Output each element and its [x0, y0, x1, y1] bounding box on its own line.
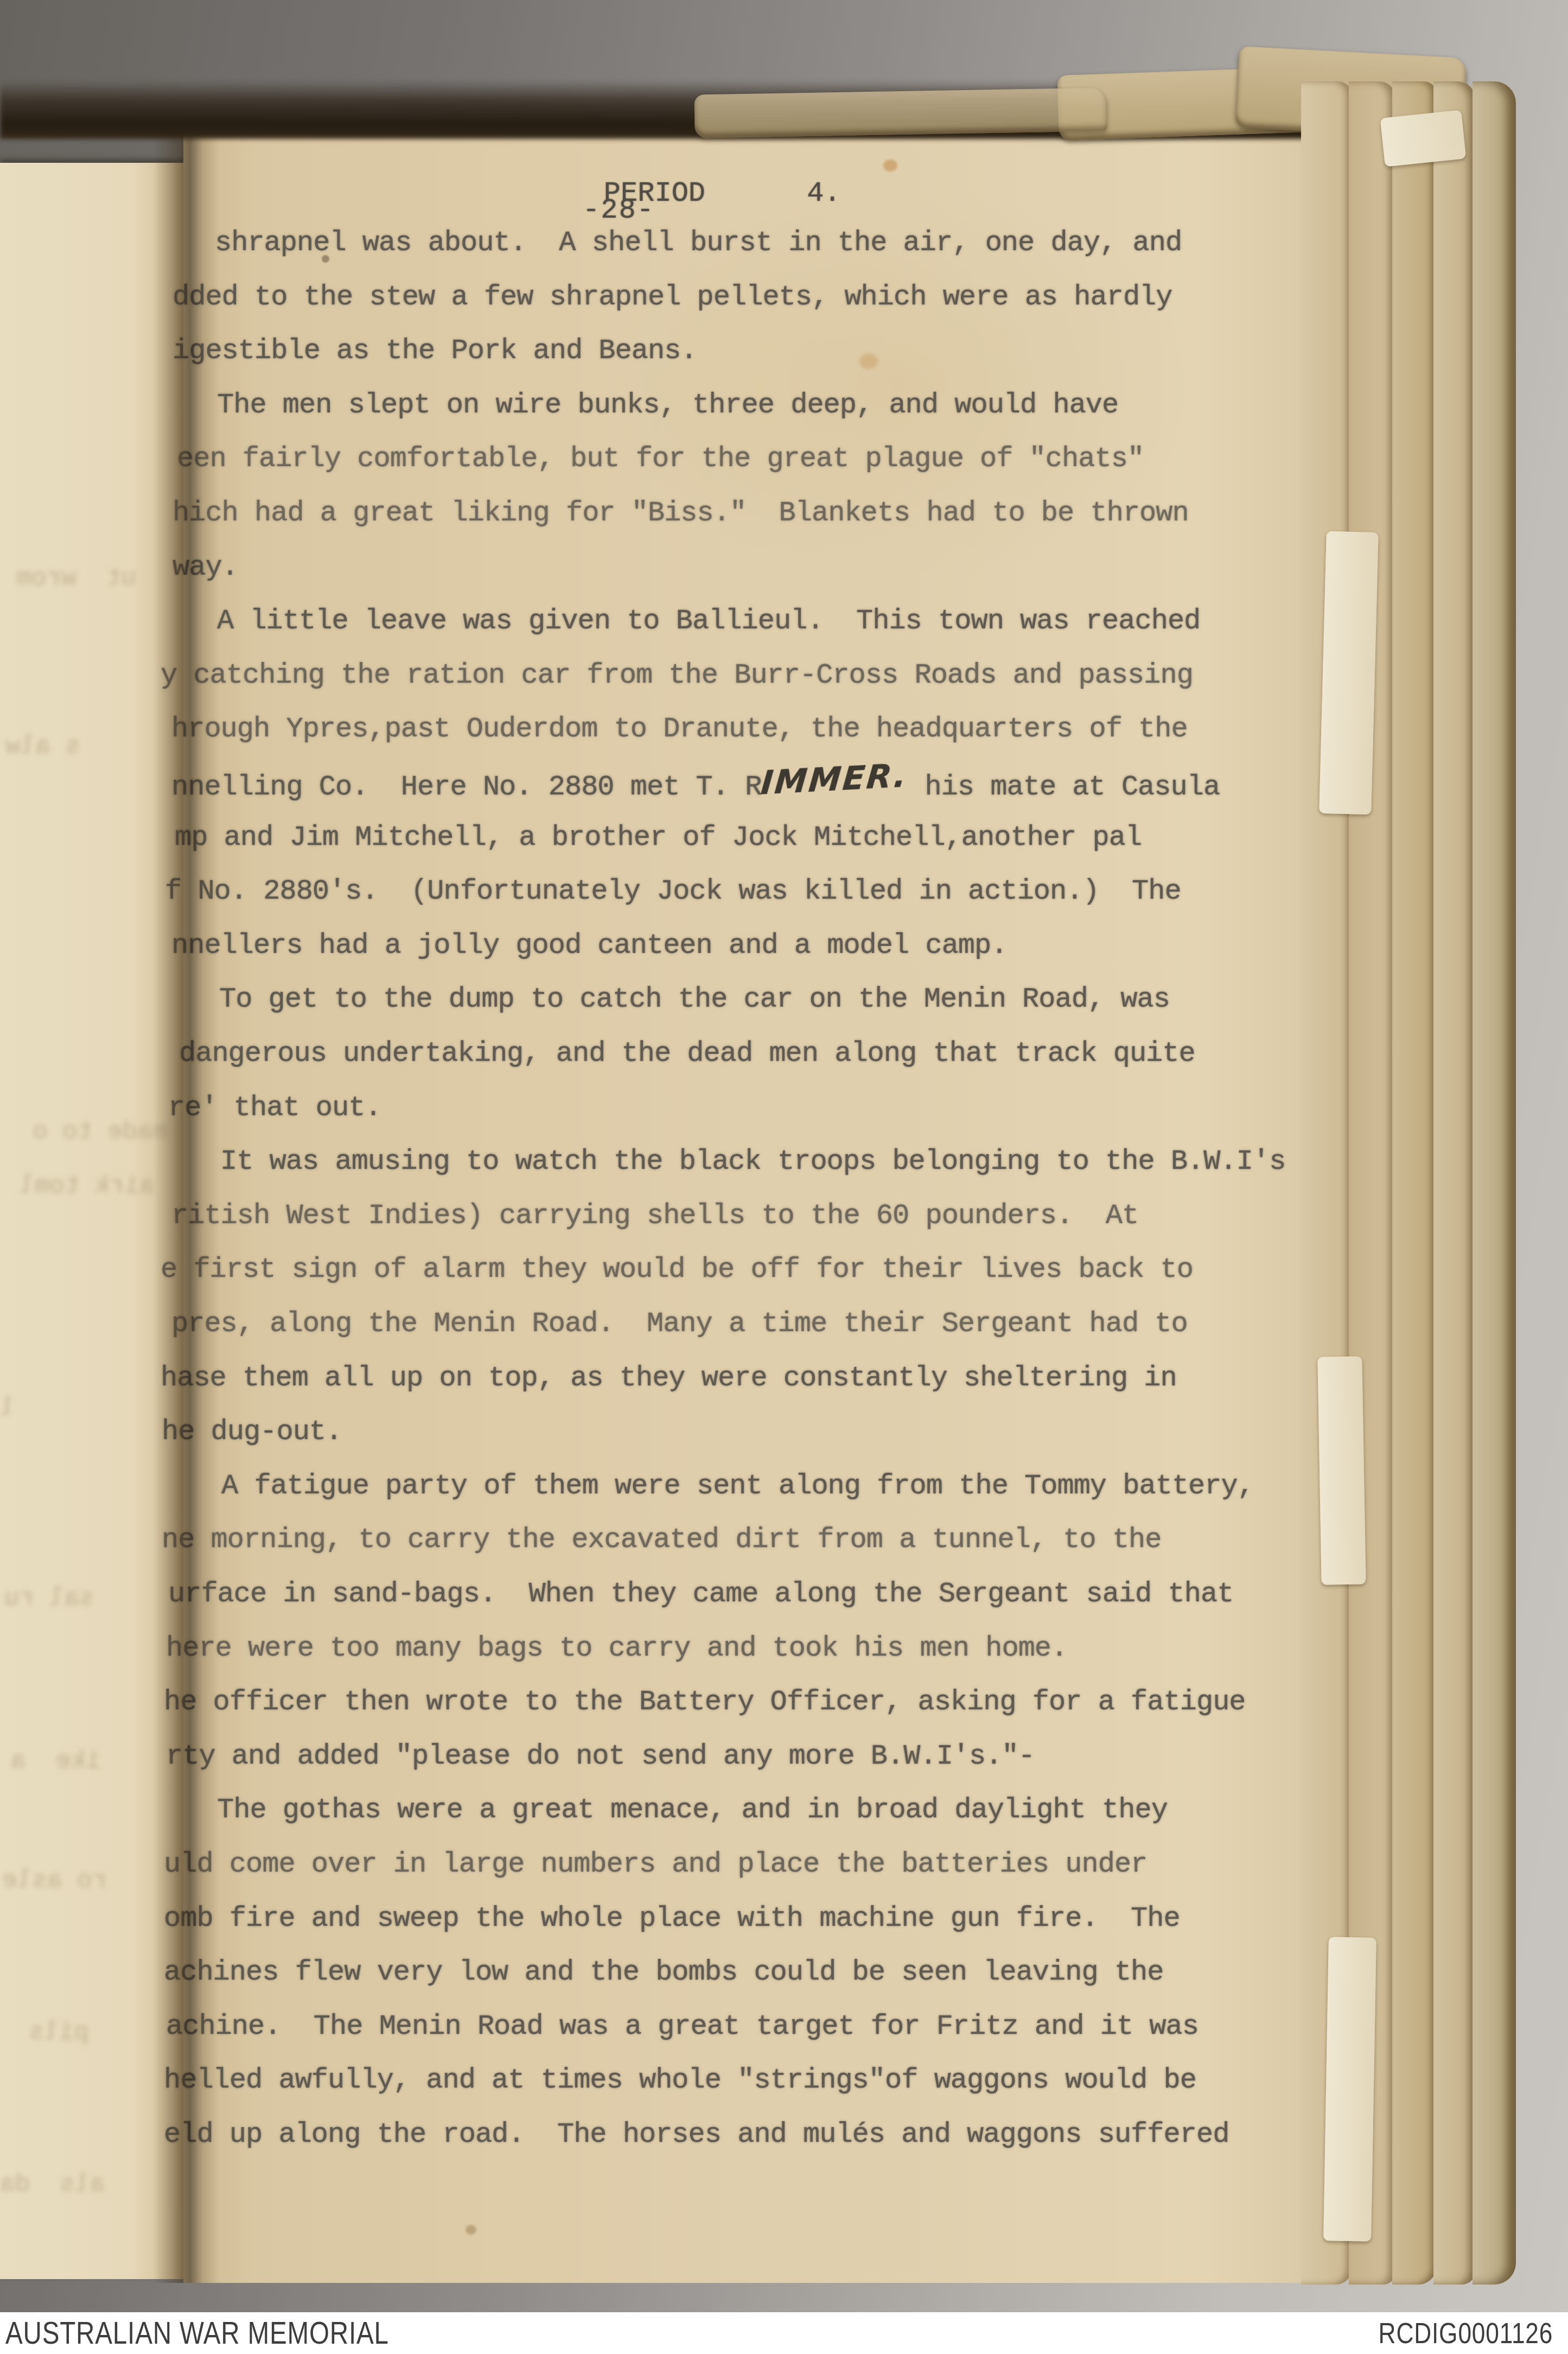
bleed-through-fragment: made to o	[33, 1118, 167, 1146]
scanned-document: ut wroms alwmade to oairk tomllsal ruike…	[0, 0, 1568, 2354]
bleed-through-fragment: s alw	[5, 733, 80, 761]
previous-page-edge: ut wroms alwmade to oairk tomllsal ruike…	[0, 163, 187, 2279]
torn-tape-piece	[1323, 1937, 1376, 2241]
page-number: -28-	[583, 194, 655, 226]
page-edge-strip	[1392, 81, 1437, 2285]
paper-stain	[322, 255, 329, 263]
footer-reference-id: RCDIG0001126	[1378, 2317, 1553, 2350]
bleed-through-fragment: ut wrom	[16, 564, 136, 593]
document-page	[183, 126, 1344, 2283]
paper-stain	[466, 2225, 476, 2235]
period-spacer	[705, 177, 807, 209]
bleed-through-fragment: pils	[14, 2019, 89, 2047]
bleed-through-fragment: ike a	[11, 1747, 101, 1776]
torn-tape-piece	[1380, 110, 1467, 167]
bleed-through-fragment: l	[0, 1395, 15, 1423]
footer-bar: AUSTRALIAN WAR MEMORIAL RCDIG0001126	[0, 2312, 1568, 2354]
page-edge-strip	[1473, 81, 1516, 2285]
footer-institution-label: AUSTRALIAN WAR MEMORIAL	[5, 2315, 389, 2351]
bleed-through-fragment: airk toml	[20, 1172, 154, 1200]
torn-tape-piece	[1319, 531, 1379, 815]
period-number: 4.	[807, 177, 840, 209]
paper-stain	[859, 354, 878, 369]
page-edge-stack	[1301, 81, 1518, 2285]
page-edge-strip	[1433, 81, 1476, 2285]
bleed-through-fragment: als da	[0, 2171, 105, 2199]
page-header-period: PERIOD 4.	[536, 145, 841, 241]
torn-tape-piece	[1317, 1356, 1366, 1585]
bleed-through-fragment: ro asle	[2, 1867, 107, 1895]
paper-stain	[883, 160, 897, 171]
crumpled-page-top-edge	[694, 87, 1107, 138]
bleed-through-fragment: sal ru	[4, 1585, 94, 1613]
